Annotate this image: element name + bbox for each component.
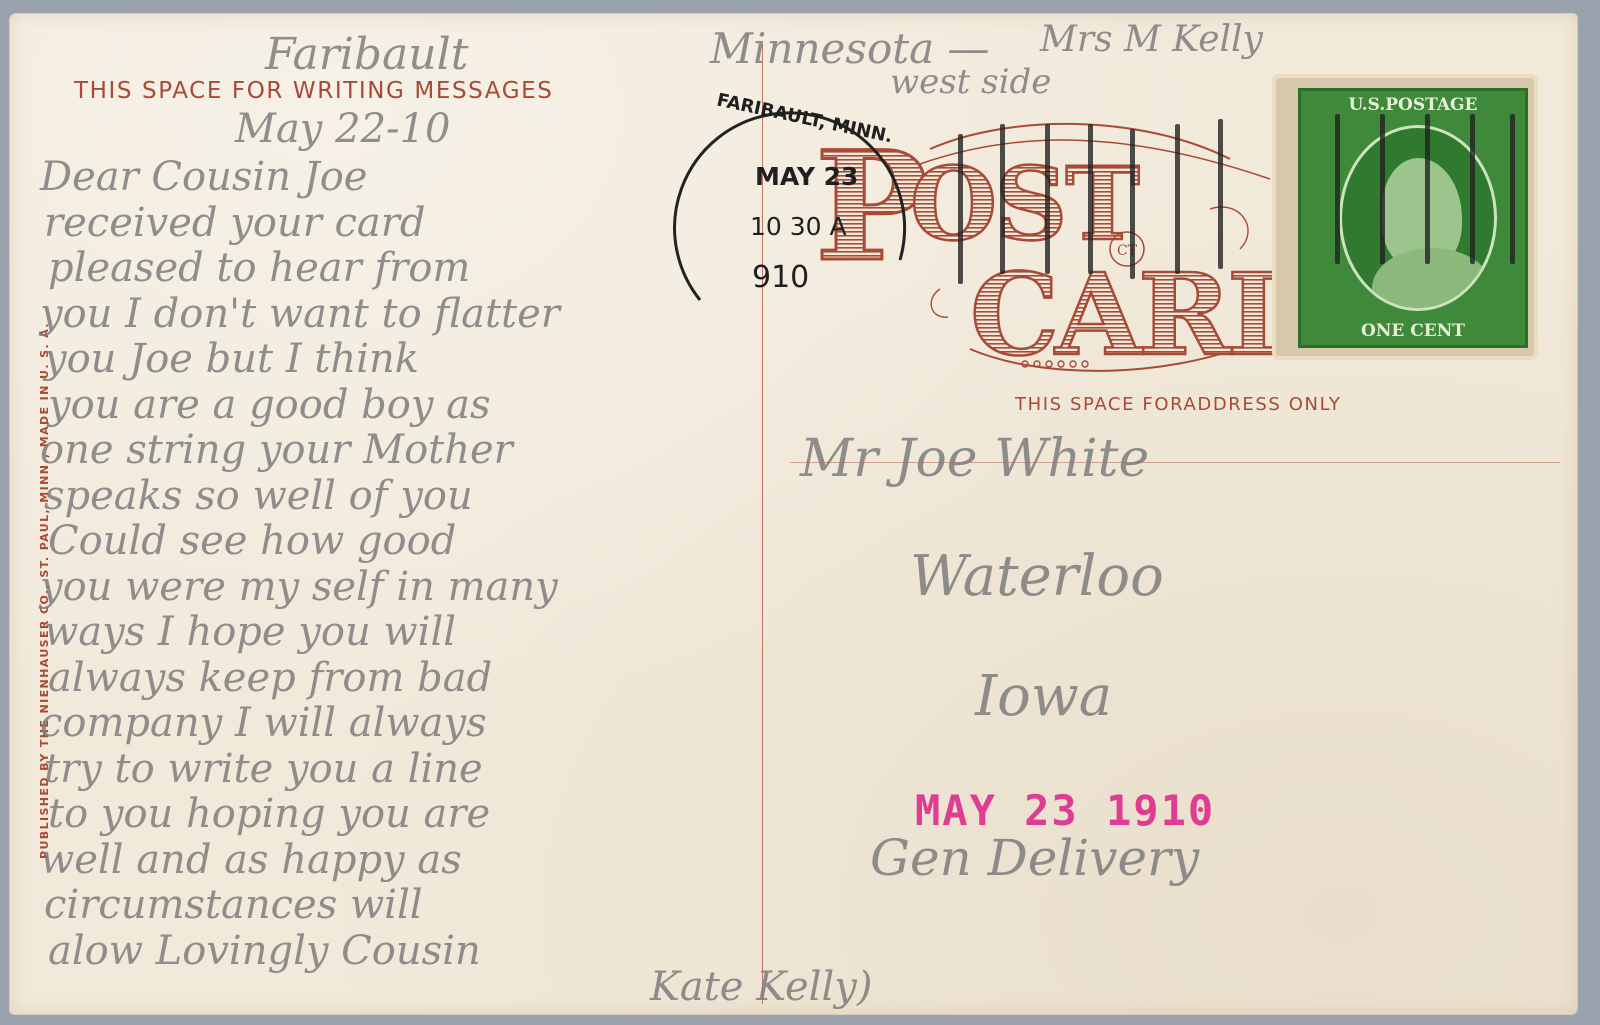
message-line: ways I hope you will <box>44 609 456 655</box>
hw-signature: Kate Kelly) <box>650 964 872 1010</box>
message-line: you are a good boy as <box>48 382 491 428</box>
address-state: Iowa <box>975 664 1112 729</box>
postmark: MAY 23 10 30 A 910 FARIBAULT, MINN. <box>660 90 918 315</box>
message-line: Could see how good <box>48 518 456 564</box>
postage-stamp: U.S.POSTAGE ONE CENT <box>1276 78 1534 356</box>
message-line: try to write you a line <box>44 746 483 792</box>
svg-text:OST: OST <box>910 145 1139 263</box>
message-line: speaks so well of you <box>44 473 473 519</box>
stamp-top-text: U.S.POSTAGE <box>1301 95 1525 115</box>
postmark-year: 910 <box>752 260 809 295</box>
message-line: well and as happy as <box>40 837 462 883</box>
message-line: you were my self in many <box>40 564 558 610</box>
address-name: Mr Joe White <box>800 429 1149 489</box>
hw-place: Faribault <box>265 29 468 80</box>
hw-sender-note: Mrs M Kelly <box>1040 19 1263 60</box>
message-line: you I don't want to flatter <box>40 291 560 337</box>
postmark-date: MAY 23 <box>755 162 858 191</box>
message-line: circumstances will <box>44 882 423 928</box>
hw-date: May 22-10 <box>235 106 450 152</box>
address-space-label: THIS SPACE FORADDRESS ONLY <box>1015 394 1341 415</box>
message-line: Dear Cousin Joe <box>40 154 367 200</box>
hw-side-note: west side <box>890 62 1051 102</box>
message-line: alow Lovingly Cousin <box>48 928 481 974</box>
message-line: always keep from bad <box>48 655 492 701</box>
address-city: Waterloo <box>910 544 1164 609</box>
message-line: you Joe but I think <box>44 336 419 382</box>
address-delivery: Gen Delivery <box>870 829 1199 887</box>
message-line: one string your Mother <box>40 427 513 473</box>
message-line: received your card <box>44 200 426 246</box>
received-date-stamp: MAY 23 1910 <box>915 786 1215 835</box>
message-space-label: THIS SPACE FOR WRITING MESSAGES <box>74 78 553 104</box>
postmark-time: 10 30 A <box>750 212 847 241</box>
message-line: pleased to hear from <box>48 245 470 291</box>
message-line: company I will always <box>40 700 487 746</box>
postcard: THIS SPACE FOR WRITING MESSAGES THIS SPA… <box>10 14 1577 1014</box>
stamp-bottom-text: ONE CENT <box>1301 321 1525 341</box>
message-line: to you hoping you are <box>48 791 490 837</box>
